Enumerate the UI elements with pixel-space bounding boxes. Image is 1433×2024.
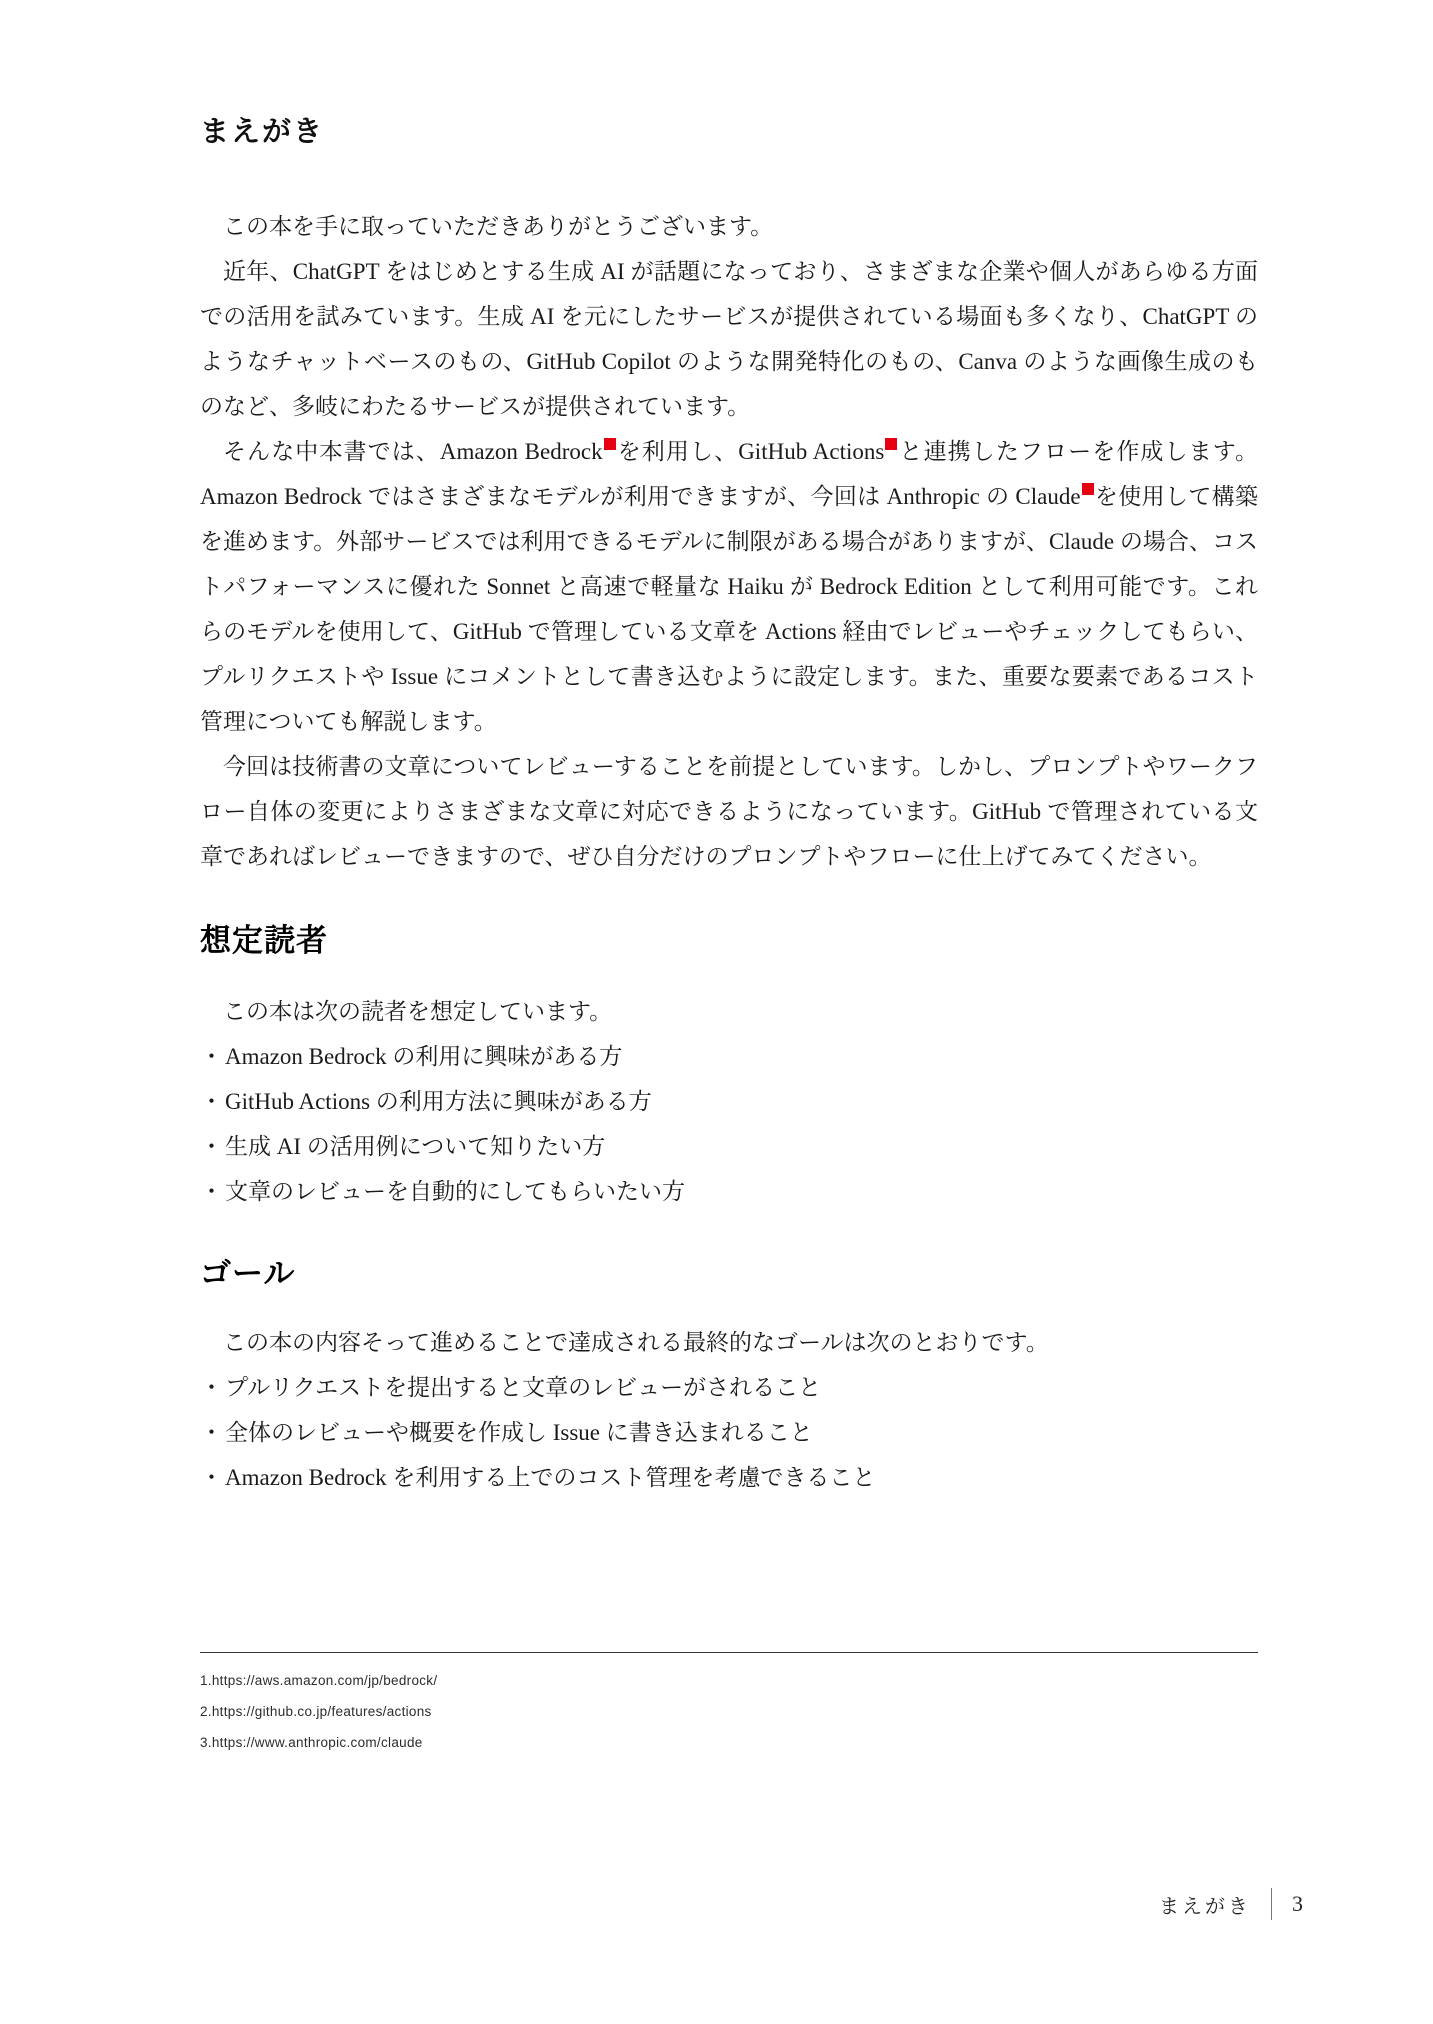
bullet-dot: ・ bbox=[200, 1134, 223, 1159]
preface-paragraph: そんな中本書では、Amazon Bedrock1を利用し、GitHub Acti… bbox=[200, 429, 1258, 744]
list-item-text: 生成 AI の活用例について知りたい方 bbox=[225, 1134, 605, 1159]
list-item: ・プルリクエストを提出すると文章のレビューがされること bbox=[200, 1365, 1258, 1410]
footnote-url-link[interactable]: https://aws.amazon.com/jp/bedrock/ bbox=[212, 1673, 438, 1688]
list-item: ・Amazon Bedrock を利用する上でのコスト管理を考慮できること bbox=[200, 1455, 1258, 1500]
footnote-item: 2.https://github.co.jp/features/actions bbox=[200, 1696, 1258, 1727]
footnote-url-link[interactable]: https://github.co.jp/features/actions bbox=[212, 1704, 432, 1719]
bullet-dot: ・ bbox=[200, 1044, 223, 1069]
preface-paragraph: 今回は技術書の文章についてレビューすることを前提としています。しかし、プロンプト… bbox=[200, 744, 1258, 879]
footnote-item: 1.https://aws.amazon.com/jp/bedrock/ bbox=[200, 1665, 1258, 1696]
list-item: ・全体のレビューや概要を作成し Issue に書き込まれること bbox=[200, 1410, 1258, 1455]
page-footer: まえがき 3 bbox=[1159, 1888, 1303, 1920]
footnote-number: 2. bbox=[200, 1704, 212, 1719]
list-item: ・生成 AI の活用例について知りたい方 bbox=[200, 1124, 1258, 1169]
book-page: まえがき この本を手に取っていただきありがとうございます。近年、ChatGPT … bbox=[0, 0, 1433, 2024]
footer-section-label: まえがき bbox=[1159, 1890, 1251, 1919]
footnotes-block: 1.https://aws.amazon.com/jp/bedrock/ 2.h… bbox=[200, 1652, 1258, 1758]
footnote-ref-marker[interactable]: 3 bbox=[1082, 483, 1094, 495]
list-item: ・GitHub Actions の利用方法に興味がある方 bbox=[200, 1079, 1258, 1124]
footnote-ref-marker[interactable]: 2 bbox=[885, 438, 897, 450]
bullet-dot: ・ bbox=[200, 1420, 223, 1445]
footnote-url-link[interactable]: https://www.anthropic.com/claude bbox=[212, 1735, 423, 1750]
footer-divider-bar bbox=[1271, 1888, 1272, 1920]
section-heading-goal: ゴール bbox=[200, 1252, 1258, 1296]
preface-paragraphs: この本を手に取っていただきありがとうございます。近年、ChatGPT をはじめと… bbox=[200, 204, 1258, 879]
page-title: まえがき bbox=[200, 112, 1258, 152]
list-item-text: プルリクエストを提出すると文章のレビューがされること bbox=[225, 1375, 821, 1400]
goal-intro: この本の内容そって進めることで達成される最終的なゴールは次のとおりです。 bbox=[200, 1320, 1258, 1365]
bullet-dot: ・ bbox=[200, 1089, 223, 1114]
readers-list: ・Amazon Bedrock の利用に興味がある方 ・GitHub Actio… bbox=[200, 1034, 1258, 1214]
list-item-text: Amazon Bedrock の利用に興味がある方 bbox=[225, 1044, 622, 1069]
list-item-text: 全体のレビューや概要を作成し Issue に書き込まれること bbox=[225, 1420, 813, 1445]
footnote-number: 3. bbox=[200, 1735, 212, 1750]
footnote-divider bbox=[200, 1652, 1258, 1653]
footnote-number: 1. bbox=[200, 1673, 212, 1688]
page-content: まえがき この本を手に取っていただきありがとうございます。近年、ChatGPT … bbox=[200, 112, 1258, 1500]
bullet-dot: ・ bbox=[200, 1465, 223, 1490]
goal-list: ・プルリクエストを提出すると文章のレビューがされること ・全体のレビューや概要を… bbox=[200, 1365, 1258, 1500]
footnote-item: 3.https://www.anthropic.com/claude bbox=[200, 1727, 1258, 1758]
list-item-text: GitHub Actions の利用方法に興味がある方 bbox=[225, 1089, 652, 1114]
bullet-dot: ・ bbox=[200, 1179, 223, 1204]
bullet-dot: ・ bbox=[200, 1375, 223, 1400]
preface-paragraph: 近年、ChatGPT をはじめとする生成 AI が話題になっており、さまざまな企… bbox=[200, 249, 1258, 429]
list-item-text: 文章のレビューを自動的にしてもらいたい方 bbox=[225, 1179, 685, 1204]
readers-intro: この本は次の読者を想定しています。 bbox=[200, 989, 1258, 1034]
section-heading-readers: 想定読者 bbox=[200, 919, 1258, 963]
preface-paragraph: この本を手に取っていただきありがとうございます。 bbox=[200, 204, 1258, 249]
footnote-ref-marker[interactable]: 1 bbox=[604, 438, 616, 450]
list-item: ・文章のレビューを自動的にしてもらいたい方 bbox=[200, 1169, 1258, 1214]
list-item: ・Amazon Bedrock の利用に興味がある方 bbox=[200, 1034, 1258, 1079]
list-item-text: Amazon Bedrock を利用する上でのコスト管理を考慮できること bbox=[225, 1465, 875, 1490]
footer-page-number: 3 bbox=[1292, 1891, 1303, 1917]
